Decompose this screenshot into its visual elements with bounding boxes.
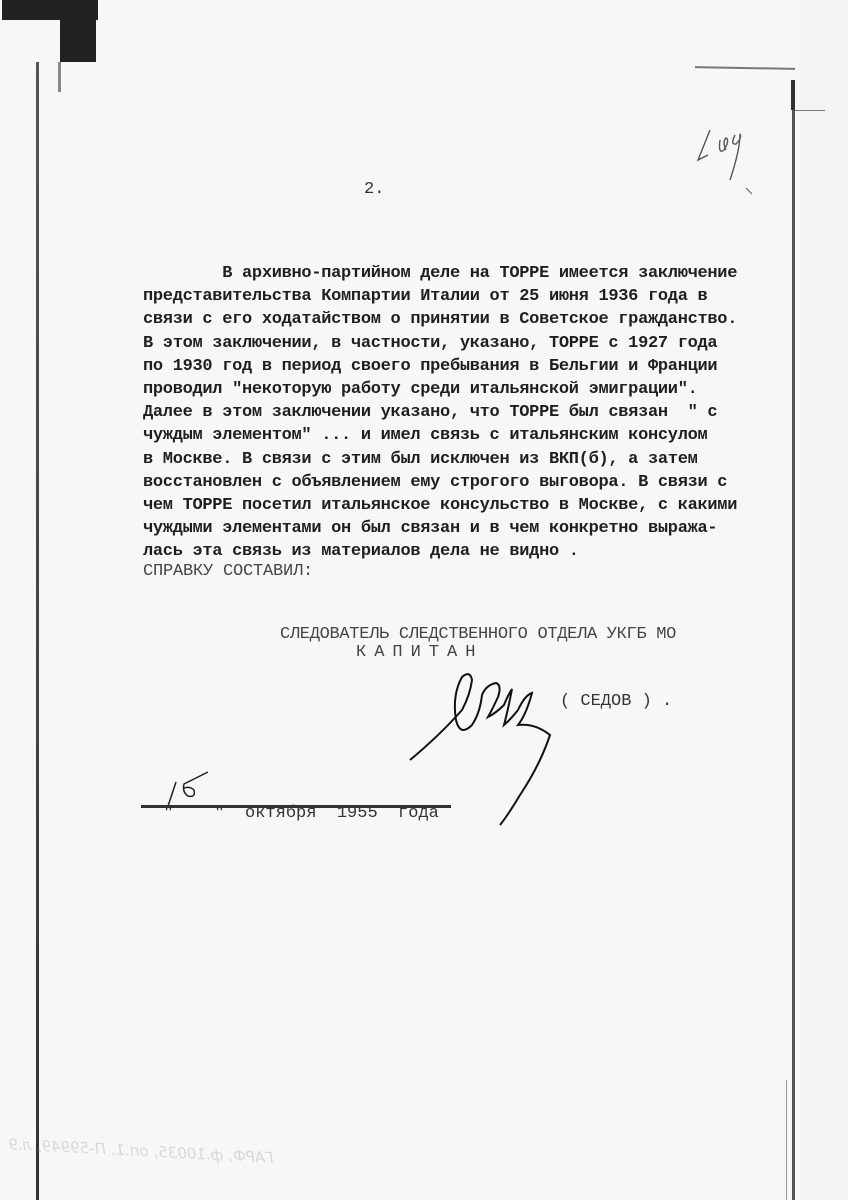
body-line: В этом заключении, в частности, указано,…: [143, 332, 803, 355]
right-edge-dark: [791, 80, 795, 110]
body-line: по 1930 год в период своего пребывания в…: [143, 355, 803, 378]
body-line: представительства Компартии Италии от 25…: [143, 285, 803, 308]
right-edge-faint: [786, 1080, 787, 1200]
right-page-edge: [792, 80, 795, 1200]
body-line: В архивно-партийном деле на ТОРРЕ имеетс…: [143, 262, 803, 285]
body-line: проводил "некоторую работу среди итальян…: [143, 378, 803, 401]
body-line: лась эта связь из материалов дела не вид…: [143, 540, 803, 563]
body-line: чуждыми элементами он был связан и в чем…: [143, 517, 803, 540]
right-tab-line: [795, 110, 825, 111]
left-edge-shadow: [58, 62, 61, 92]
compiled-by-label: СПРАВКУ СОСТАВИЛ:: [143, 562, 313, 581]
signer-name: ( СЕДОВ ) .: [560, 692, 672, 711]
investigator-rank: КАПИТАН: [356, 643, 483, 662]
date-underline: [141, 805, 451, 808]
handwritten-date-day: [160, 770, 220, 810]
body-line: чуждым элементом" ... и имел связь с ита…: [143, 424, 803, 447]
report-body: В архивно-партийном деле на ТОРРЕ имеетс…: [143, 262, 803, 564]
body-line: связи с его ходатайством о принятии в Со…: [143, 308, 803, 331]
body-line: чем ТОРРЕ посетил итальянское консульств…: [143, 494, 803, 517]
investigator-position: СЛЕДОВАТЕЛЬ СЛЕДСТВЕННОГО ОТДЕЛА УКГБ МО: [280, 625, 676, 644]
left-page-edge: [36, 62, 39, 1200]
adjacent-page-strip: [800, 0, 848, 1200]
handwritten-folio-number: [690, 110, 780, 210]
body-line: в Москве. В связи с этим был исключен из…: [143, 448, 803, 471]
scan-corner-tab: [60, 0, 96, 62]
page-number: 2.: [364, 180, 384, 199]
body-line: Далее в этом заключении указано, что ТОР…: [143, 401, 803, 424]
body-line: восстановлен с объявлением ему строгого …: [143, 471, 803, 494]
